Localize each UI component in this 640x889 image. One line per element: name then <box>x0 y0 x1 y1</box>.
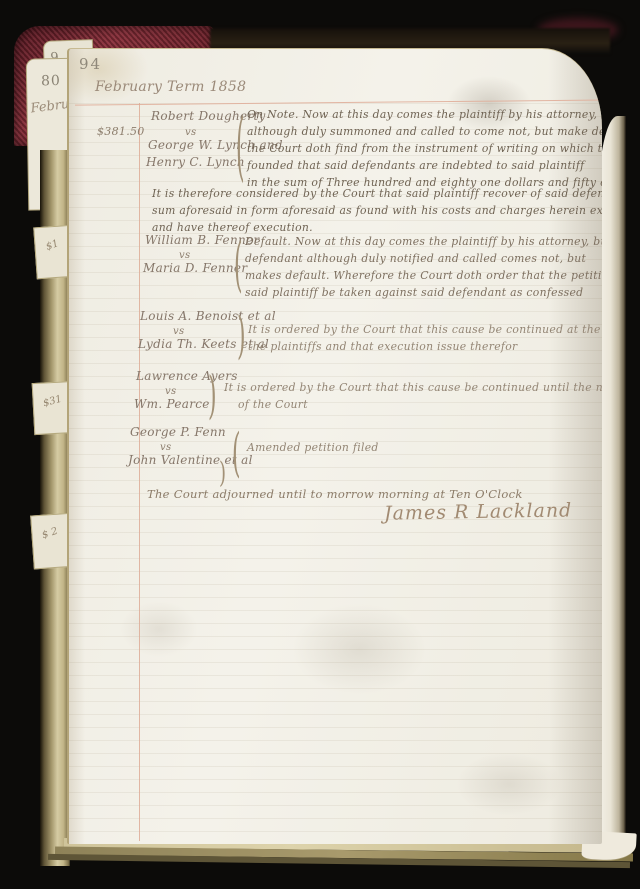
entry-brace: ( <box>232 425 241 485</box>
order-line: of the Court <box>224 396 602 413</box>
underlying-page-number: 80 <box>41 73 61 89</box>
underlying-header-fragment: Febru <box>30 97 70 117</box>
entry-brace-close: ) <box>219 457 226 491</box>
judge-signature: James R Lackland <box>384 499 573 524</box>
entry-brace: ( <box>234 233 243 301</box>
versus-mark: vs <box>165 386 176 397</box>
court-order-continuation: It is therefore considered by the Court … <box>152 185 602 236</box>
entry-brace: ( <box>236 107 245 192</box>
entry-brace: ) <box>237 309 246 367</box>
page-number: 94 <box>79 55 102 73</box>
versus-mark: vs <box>185 127 196 138</box>
order-line: the plaintiffs and that execution issue … <box>248 338 602 355</box>
order-line: said plaintiff be taken against said def… <box>245 284 602 301</box>
court-order-text: On Note. Now at this day comes the plain… <box>247 106 602 191</box>
versus-mark: vs <box>160 442 171 453</box>
order-line: It is ordered by the Court that this cau… <box>224 379 602 396</box>
order-line: Default. Now at this day comes the plain… <box>245 233 602 250</box>
order-line: founded that said defendants are indebte… <box>247 157 602 174</box>
order-line: Amended petition filed <box>247 439 379 456</box>
order-line: sum aforesaid in form aforesaid as found… <box>152 202 602 219</box>
order-line: makes default. Wherefore the Court doth … <box>245 267 602 284</box>
ledger-page: 94 February Term 1858 $381.50 Robert Dou… <box>67 48 602 844</box>
ruled-line-vertical <box>139 103 140 841</box>
ruled-line-horizontal <box>75 99 602 106</box>
adjournment-line: The Court adjourned until to morrow morn… <box>147 487 523 501</box>
versus-mark: vs <box>173 326 184 337</box>
court-order-text: Default. Now at this day comes the plain… <box>245 233 602 301</box>
case-plaintiff: Lawrence Ayers <box>136 369 238 383</box>
case-defendant: Henry C. Lynch <box>146 155 245 169</box>
order-line: It is therefore considered by the Court … <box>152 185 602 202</box>
term-header: February Term 1858 <box>95 79 246 95</box>
court-order-text: It is ordered by the Court that this cau… <box>224 379 602 413</box>
scanned-ledger-photo: 9 80 Febru $1 $31 $ 2 94 February Term 1… <box>0 0 640 889</box>
order-line: defendant although duly notified and cal… <box>245 250 602 267</box>
court-order-text: It is ordered by the Court that this cau… <box>248 321 602 355</box>
case-defendant: Wm. Pearce <box>134 397 210 411</box>
entry-brace: ) <box>208 369 217 427</box>
court-order-text: Amended petition filed <box>247 439 379 456</box>
order-line: On Note. Now at this day comes the plain… <box>247 106 602 123</box>
order-line: the Court doth find from the instrument … <box>247 140 602 157</box>
case-defendant: Maria D. Fenner <box>143 261 247 275</box>
case-plaintiff: George P. Fenn <box>130 425 226 439</box>
order-line: although duly summoned and called to com… <box>247 123 602 140</box>
right-page-edges <box>598 116 626 856</box>
judgment-amount: $381.50 <box>97 125 145 138</box>
versus-mark: vs <box>179 250 190 261</box>
order-line: It is ordered by the Court that this cau… <box>248 321 602 338</box>
